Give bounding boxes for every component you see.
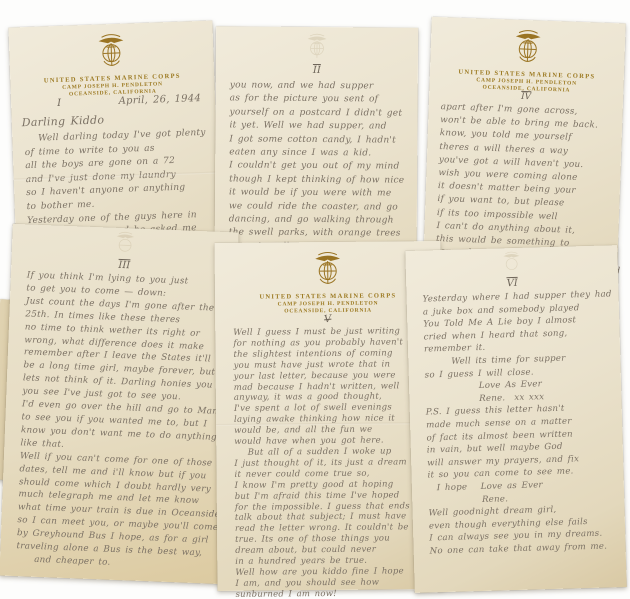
handwritten-line: you now, and we had supper — [230, 79, 410, 94]
handwritten-line: I just thought of it, its just a dream — [234, 457, 434, 470]
handwritten-line: we could ride the coaster, and go — [229, 200, 409, 215]
handwritten-line: though I kept thinking of how nice — [229, 173, 409, 188]
letter-date: April, 26, 1944 — [118, 93, 201, 107]
handwritten-line: as for the picture you sent of — [230, 93, 410, 108]
handwritten-line: dancing, and go walking through — [229, 213, 409, 228]
usmc-eagle-globe-anchor-icon — [304, 31, 330, 65]
usmc-eagle-globe-anchor-icon — [113, 230, 138, 261]
handwritten-line: it would be if you were with me — [229, 187, 409, 202]
usmc-eagle-globe-anchor-icon — [500, 250, 523, 279]
handwritten-line: sunburned I am now! — [236, 588, 436, 599]
salutation: Darling Kiddo — [22, 109, 216, 129]
letter-page-6: VI Yesterday where I had supper they had… — [405, 245, 626, 593]
handwritten-line: I got some cotton candy, I hadn't — [229, 133, 409, 148]
handwriting-block: If you think I'm lying to you justto get… — [0, 267, 237, 574]
letters-photo: United States Marine Corps Camp Joseph H… — [0, 0, 630, 599]
usmc-eagle-globe-anchor-icon — [510, 27, 545, 70]
letterhead-ghost — [405, 245, 618, 281]
handwritten-line: I couldn't get you out of my mind — [229, 160, 409, 175]
letter-page-4: III If you think I'm lying to you justto… — [0, 224, 239, 584]
handwriting-block: Yesterday where I had supper they hada j… — [406, 286, 625, 558]
handwritten-line: eaten any since I was a kid. — [229, 146, 409, 161]
handwritten-line: read the letter wrong. It couldn't be — [235, 522, 435, 535]
usmc-eagle-globe-anchor-icon — [311, 249, 345, 291]
letterhead: United States Marine Corps Camp Joseph H… — [429, 17, 625, 96]
letterhead: United States Marine Corps Camp Joseph H… — [8, 21, 214, 100]
letterhead-ghost — [216, 26, 418, 65]
handwritten-line: yourself on a postcard I didn't get — [230, 106, 410, 121]
handwritten-line: the swell parks, with orange trees — [229, 227, 409, 242]
usmc-eagle-globe-anchor-icon — [94, 31, 129, 74]
handwritten-line: it yet. Well we had supper, and — [229, 120, 409, 135]
page-numeral: I — [57, 98, 61, 109]
